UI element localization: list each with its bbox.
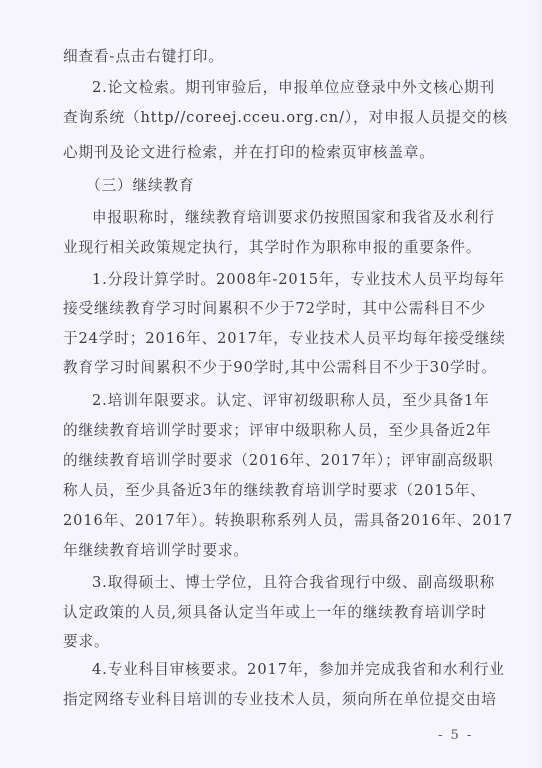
paragraph-line: 4.专业科目审核要求。2017年，参加并完成我省和水利行业	[92, 660, 462, 680]
paragraph-line: 2016年、2017年）。转换职称系列人员，需具备2016年、2017	[63, 511, 463, 531]
paragraph-line: 3.取得硕士、博士学位，且符合我省现行中级、副高级职称	[92, 573, 462, 593]
paragraph-line: 指定网络专业科目培训的专业技术人员，须向所在单位提交由培	[63, 690, 463, 710]
paragraph-line: 申报职称时，继续教育培训要求仍按照国家和我省及水利行	[92, 208, 462, 228]
paragraph-line: 接受继续教育学习时间累积不少于72学时，其中公需科目不少	[63, 299, 463, 319]
paragraph-line: 心期刊及论文进行检索，并在打印的检索页审核盖章。	[63, 143, 463, 163]
paragraph-line: 称人员，至少具备近3年的继续教育培训学时要求（2015年、	[63, 481, 463, 501]
section-heading: （三）继续教育	[86, 176, 486, 196]
paragraph-line: 2.培训年限要求。认定、评审初级职称人员，至少具备1年	[92, 391, 462, 411]
paragraph-line: 查询系统（http//coreej.cceu.org.cn/），对申报人员提交的…	[63, 108, 463, 128]
paragraph-line: 1.分段计算学时。2008年-2015年，专业技术人员平均每年	[92, 270, 462, 290]
paragraph-line: 2.论文检索。期刊审验后，申报单位应登录中外文核心期刊	[92, 78, 462, 98]
paragraph-line: 教育学习时间累积不少于90学时,其中公需科目不少于30学时。	[63, 358, 463, 378]
paragraph-line: 细查看-点击右键打印。	[63, 47, 463, 67]
paragraph-line: 业现行相关政策规定执行，其学时作为职称申报的重要条件。	[63, 238, 463, 258]
paragraph-line: 年继续教育培训学时要求。	[63, 541, 463, 561]
page-number: - 5 -	[438, 728, 473, 743]
document-page: 细查看-点击右键打印。 2.论文检索。期刊审验后，申报单位应登录中外文核心期刊 …	[0, 0, 542, 768]
paragraph-line: 于24学时；2016年、2017年，专业技术人员平均每年接受继续	[63, 329, 463, 349]
paragraph-line: 的继续教育培训学时要求；评审中级职称人员，至少具备近2年	[63, 421, 463, 441]
page-edge-shadow	[534, 0, 542, 768]
paragraph-line: 的继续教育培训学时要求（2016年、2017年）；评审副高级职	[63, 451, 463, 471]
paragraph-line: 要求。	[63, 632, 463, 652]
paragraph-line: 认定政策的人员,须具备认定当年或上一年的继续教育培训学时	[63, 603, 463, 623]
